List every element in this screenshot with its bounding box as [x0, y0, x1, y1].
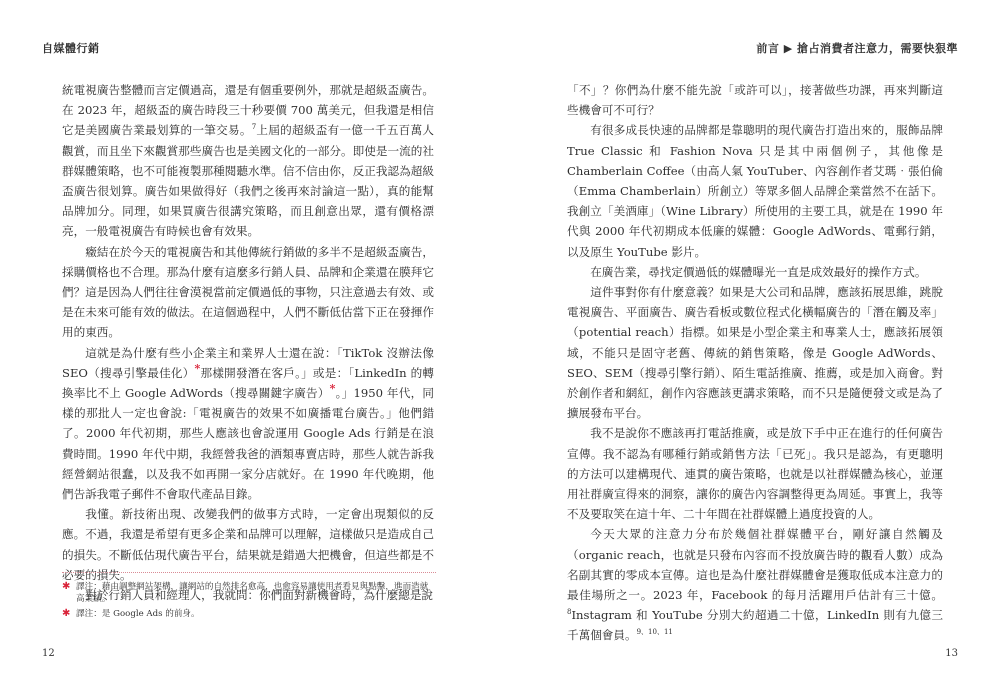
body-paragraph: 統電視廣告整體而言定價過高，還是有個重要例外，那就是超級盃廣告。在 2023 年…	[62, 80, 434, 242]
footnote-asterisk-icon: ✱	[62, 608, 70, 620]
footnote-text: 譯注：是 Google Ads 的前身。	[76, 609, 200, 619]
body-paragraph: 有很多成長快速的品牌都是靠聰明的現代廣告打造出來的，服飾品牌 True Clas…	[567, 120, 943, 261]
body-paragraph: 癥結在於今天的電視廣告和其他傳統行銷做的多半不是超級盃廣告，採購價格也不合理。那…	[62, 242, 434, 343]
footnote-asterisk-icon: ✱	[62, 581, 70, 593]
book-spread: 自媒體行銷 統電視廣告整體而言定價過高，還是有個重要例外，那就是超級盃廣告。在 …	[0, 0, 1000, 690]
footnotes: ✱ 譯注：藉由調整網站架構，讓網站的自然排名愈高，也愈容易讓使用者看見與點擊，進…	[62, 572, 436, 623]
body-paragraph: 這就是為什麼有些小企業主和業界人士還在說：「TikTok 沒辦法像 SEO（搜尋…	[62, 343, 434, 505]
body-paragraph: 今天大眾的注意力分布於幾個社群媒體平台，剛好讓自然觸及（organic reac…	[567, 524, 943, 645]
left-page: 自媒體行銷 統電視廣告整體而言定價過高，還是有個重要例外，那就是超級盃廣告。在 …	[0, 0, 500, 690]
footnote-asterisk-icon: *	[330, 382, 336, 395]
endnote-reference: 7	[252, 124, 256, 132]
endnote-reference: 9、10、11	[637, 629, 673, 637]
body-paragraph: 這件事對你有什麼意義？如果是大公司和品牌，應該拓展思維，跳脫電視廣告、平面廣告、…	[567, 282, 943, 423]
footnote-text: 譯注：藉由調整網站架構，讓網站的自然排名愈高，也愈容易讓使用者看見與點擊，進而造…	[76, 582, 428, 604]
endnote-reference: 8	[567, 608, 571, 616]
running-head-book-title: 自媒體行銷	[42, 40, 100, 56]
running-head-chapter-title: 前言 ▶ 搶占消費者注意力，需要快狠準	[756, 40, 958, 56]
body-paragraph: 我不是說你不應該再打電話推廣，或是放下手中正在進行的任何廣告宣傳。我不認為有哪種…	[567, 423, 943, 524]
footnote-1: ✱ 譯注：藉由調整網站架構，讓網站的自然排名愈高，也愈容易讓使用者看見與點擊，進…	[62, 581, 436, 605]
footnote-2: ✱ 譯注：是 Google Ads 的前身。	[62, 608, 436, 620]
body-paragraph: 「不」？你們為什麼不能先說「或許可以」，接著做些功課，再來判斷這些機會可不可行？	[567, 80, 943, 120]
footnote-divider	[62, 572, 436, 573]
page-number-right: 13	[945, 648, 958, 659]
left-body-text: 統電視廣告整體而言定價過高，還是有個重要例外，那就是超級盃廣告。在 2023 年…	[62, 80, 434, 605]
footnote-asterisk-icon: *	[195, 362, 201, 375]
page-number-left: 12	[42, 648, 55, 659]
right-page: 前言 ▶ 搶占消費者注意力，需要快狠準 「不」？你們為什麼不能先說「或許可以」，…	[500, 0, 1000, 690]
right-body-text: 「不」？你們為什麼不能先說「或許可以」，接著做些功課，再來判斷這些機會可不可行？…	[567, 80, 943, 646]
body-paragraph: 在廣告業，尋找定價過低的媒體曝光一直是成效最好的操作方式。	[567, 262, 943, 282]
